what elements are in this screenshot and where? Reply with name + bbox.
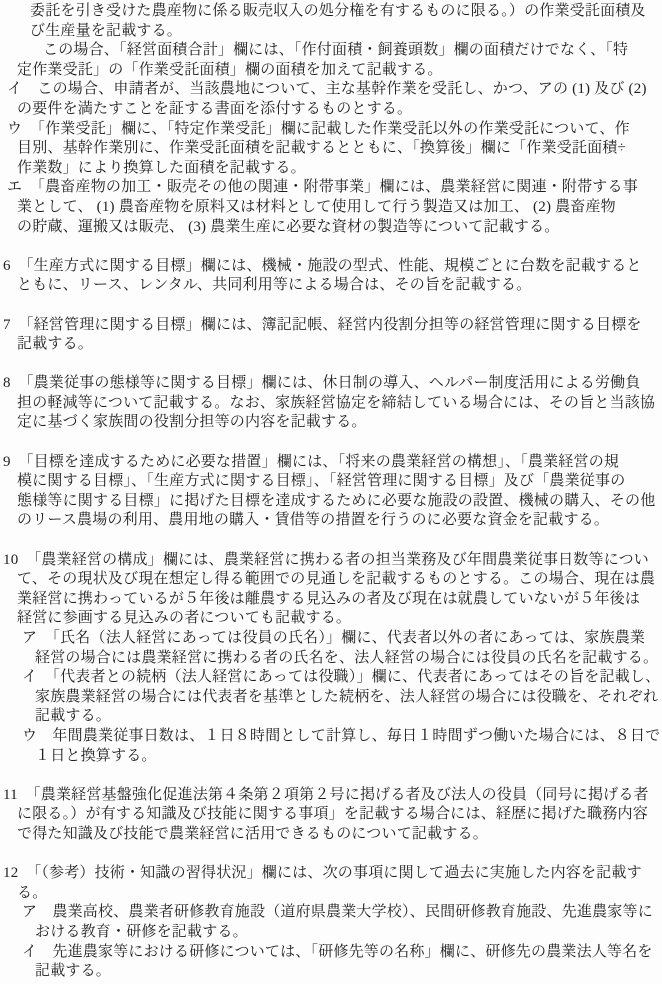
text-line: イ 「代表者との続柄（法人経営にあっては役職）」欄に、代表者にあってはその旨を記… — [0, 668, 662, 688]
text-line: この場合、「経営面積合計」欄には、「作付面積・飼養頭数」欄の面積だけでなく、「特 — [0, 41, 662, 61]
text-line: る。 — [0, 884, 662, 904]
text-line: 7 「経営管理に関する目標」欄には、簿記記帳、経営内役割分担等の経営管理に関する… — [0, 316, 662, 336]
document-section-item-6: 6 「生産方式に関する目標」欄には、機械・施設の型式、性能、規模ごとに台数を記載… — [0, 257, 662, 296]
text-line: イ 先進農家等における研修については、「研修先等の名称」欄に、研修先の農業法人等… — [0, 943, 662, 963]
document-section-item-10: 10 「農業経営の構成」欄には、農業経営に携わる者の担当業務及び年間農業従事日数… — [0, 551, 662, 767]
text-line: おける教育・研修を記載する。 — [0, 923, 662, 943]
text-line: 業経営に携わっているが５年後は離農する見込みの者及び現在は就農していないが５年後… — [0, 590, 662, 610]
text-line: て、その現状及び現在想定し得る範囲での見通しを記載するものとする。この場合、現在… — [0, 570, 662, 590]
text-line: 11 「農業経営基盤強化促進法第４条第２項第２号に掲げる者及び法人の役員（同号に… — [0, 786, 662, 806]
text-line: 家族農業経営の場合には代表者を基準とした続柄を、法人経営の場合には役職を、それぞ… — [0, 688, 662, 708]
text-line: ともに、リース、レンタル、共同利用等による場合は、その旨を記載する。 — [0, 276, 662, 296]
text-line: 経営の場合には農業経営に携わる者の氏名を、法人経営の場合には役員の氏名を記載する… — [0, 649, 662, 669]
document-section-item-9: 9 「目標を達成するために必要な措置」欄には、「将来の農業経営の構想」、「農業経… — [0, 453, 662, 531]
document-page: 委託を引き受けた農産物に係る販売収入の処分権を有するものに限る。）の作業受託面積… — [0, 0, 662, 984]
text-line: 業として、 (1) 農畜産物を原料又は材料として使用して行う製造又は加工、 (2… — [0, 198, 662, 218]
text-line: ウ 「作業受託」欄に、「特定作業受託」欄に記載した作業受託以外の作業受託について… — [0, 120, 662, 140]
text-line: エ 「農畜産物の加工・販売その他の関連・附帯事業」欄には、農業経営に関連・附帯す… — [0, 178, 662, 198]
text-line: ア 農業高校、農業者研修教育施設（道府県農業大学校）、民間研修教育施設、先進農家… — [0, 903, 662, 923]
text-line: 12 「（参考）技術・知識の習得状況」欄には、次の事項に関して過去に実施した内容… — [0, 864, 662, 884]
text-line: 経営に参画する見込みの者についても記載する。 — [0, 609, 662, 629]
text-line: 記載する。 — [0, 962, 662, 982]
text-line: 定に基づく家族間の役割分担等の内容を記載する。 — [0, 413, 662, 433]
text-line: 記載する。 — [0, 707, 662, 727]
text-line: 9 「目標を達成するために必要な措置」欄には、「将来の農業経営の構想」、「農業経… — [0, 453, 662, 473]
text-line: の貯蔵、運搬又は販売、 (3) 農業生産に必要な資材の製造等について記載する。 — [0, 218, 662, 238]
text-line: 作業数」により換算した面積を記載する。 — [0, 159, 662, 179]
text-line: 6 「生産方式に関する目標」欄には、機械・施設の型式、性能、規模ごとに台数を記載… — [0, 257, 662, 277]
text-line: 模に関する目標」、「生産方式に関する目標」、「経営管理に関する目標」及び「農業従… — [0, 472, 662, 492]
text-line: 目別、基幹作業別に、作業受託面積を記載するとともに、「換算後」欄に「作業受託面積… — [0, 139, 662, 159]
text-line: 担の軽減等について記載する。なお、家族経営協定を締結している場合には、その旨と当… — [0, 394, 662, 414]
text-line: の要件を満たすことを証する書面を添付するものとする。 — [0, 100, 662, 120]
document-section-item-12: 12 「（参考）技術・知識の習得状況」欄には、次の事項に関して過去に実施した内容… — [0, 864, 662, 982]
text-line: 記載する。 — [0, 335, 662, 355]
text-line: １日と換算する。 — [0, 747, 662, 767]
text-line: イ この場合、申請者が、当該農地について、主な基幹作業を受託し、かつ、アの (1… — [0, 80, 662, 100]
text-line: 態様等に関する目標」に掲げた目標を達成するために必要な施設の設置、機械の購入、そ… — [0, 492, 662, 512]
document-section-item-8: 8 「農業従事の態様等に関する目標」欄には、休日制の導入、ヘルパー制度活用による… — [0, 374, 662, 433]
text-line: で得た知識及び技能で農業経営に活用できるものについて記載する。 — [0, 825, 662, 845]
text-line: のリース農場の利用、農用地の購入・賃借等の措置を行うのに必要な資金を記載する。 — [0, 511, 662, 531]
text-line: ウ 年間農業従事日数は、１日８時間として計算し、毎日１時間ずつ働いた場合には、８… — [0, 727, 662, 747]
document-section-item5-work-consignment: 委託を引き受けた農産物に係る販売収入の処分権を有するものに限る。）の作業受託面積… — [0, 2, 662, 237]
text-line: ア 「氏名（法人経営にあっては役員の氏名）」欄に、代表者以外の者にあっては、家族… — [0, 629, 662, 649]
text-line: に限る。）が有する知識及び技能に関する事項」を記載する場合には、経歴に掲げた職務… — [0, 805, 662, 825]
text-line: び生産量を記載する。 — [0, 22, 662, 42]
document-section-item-11: 11 「農業経営基盤強化促進法第４条第２項第２号に掲げる者及び法人の役員（同号に… — [0, 786, 662, 845]
text-line: 10 「農業経営の構成」欄には、農業経営に携わる者の担当業務及び年間農業従事日数… — [0, 551, 662, 571]
text-line: 8 「農業従事の態様等に関する目標」欄には、休日制の導入、ヘルパー制度活用による… — [0, 374, 662, 394]
text-line: 委託を引き受けた農産物に係る販売収入の処分権を有するものに限る。）の作業受託面積… — [0, 2, 662, 22]
document-section-item-7: 7 「経営管理に関する目標」欄には、簿記記帳、経営内役割分担等の経営管理に関する… — [0, 316, 662, 355]
text-line: 定作業受託」の「作業受託面積」欄の面積を加えて記載する。 — [0, 61, 662, 81]
